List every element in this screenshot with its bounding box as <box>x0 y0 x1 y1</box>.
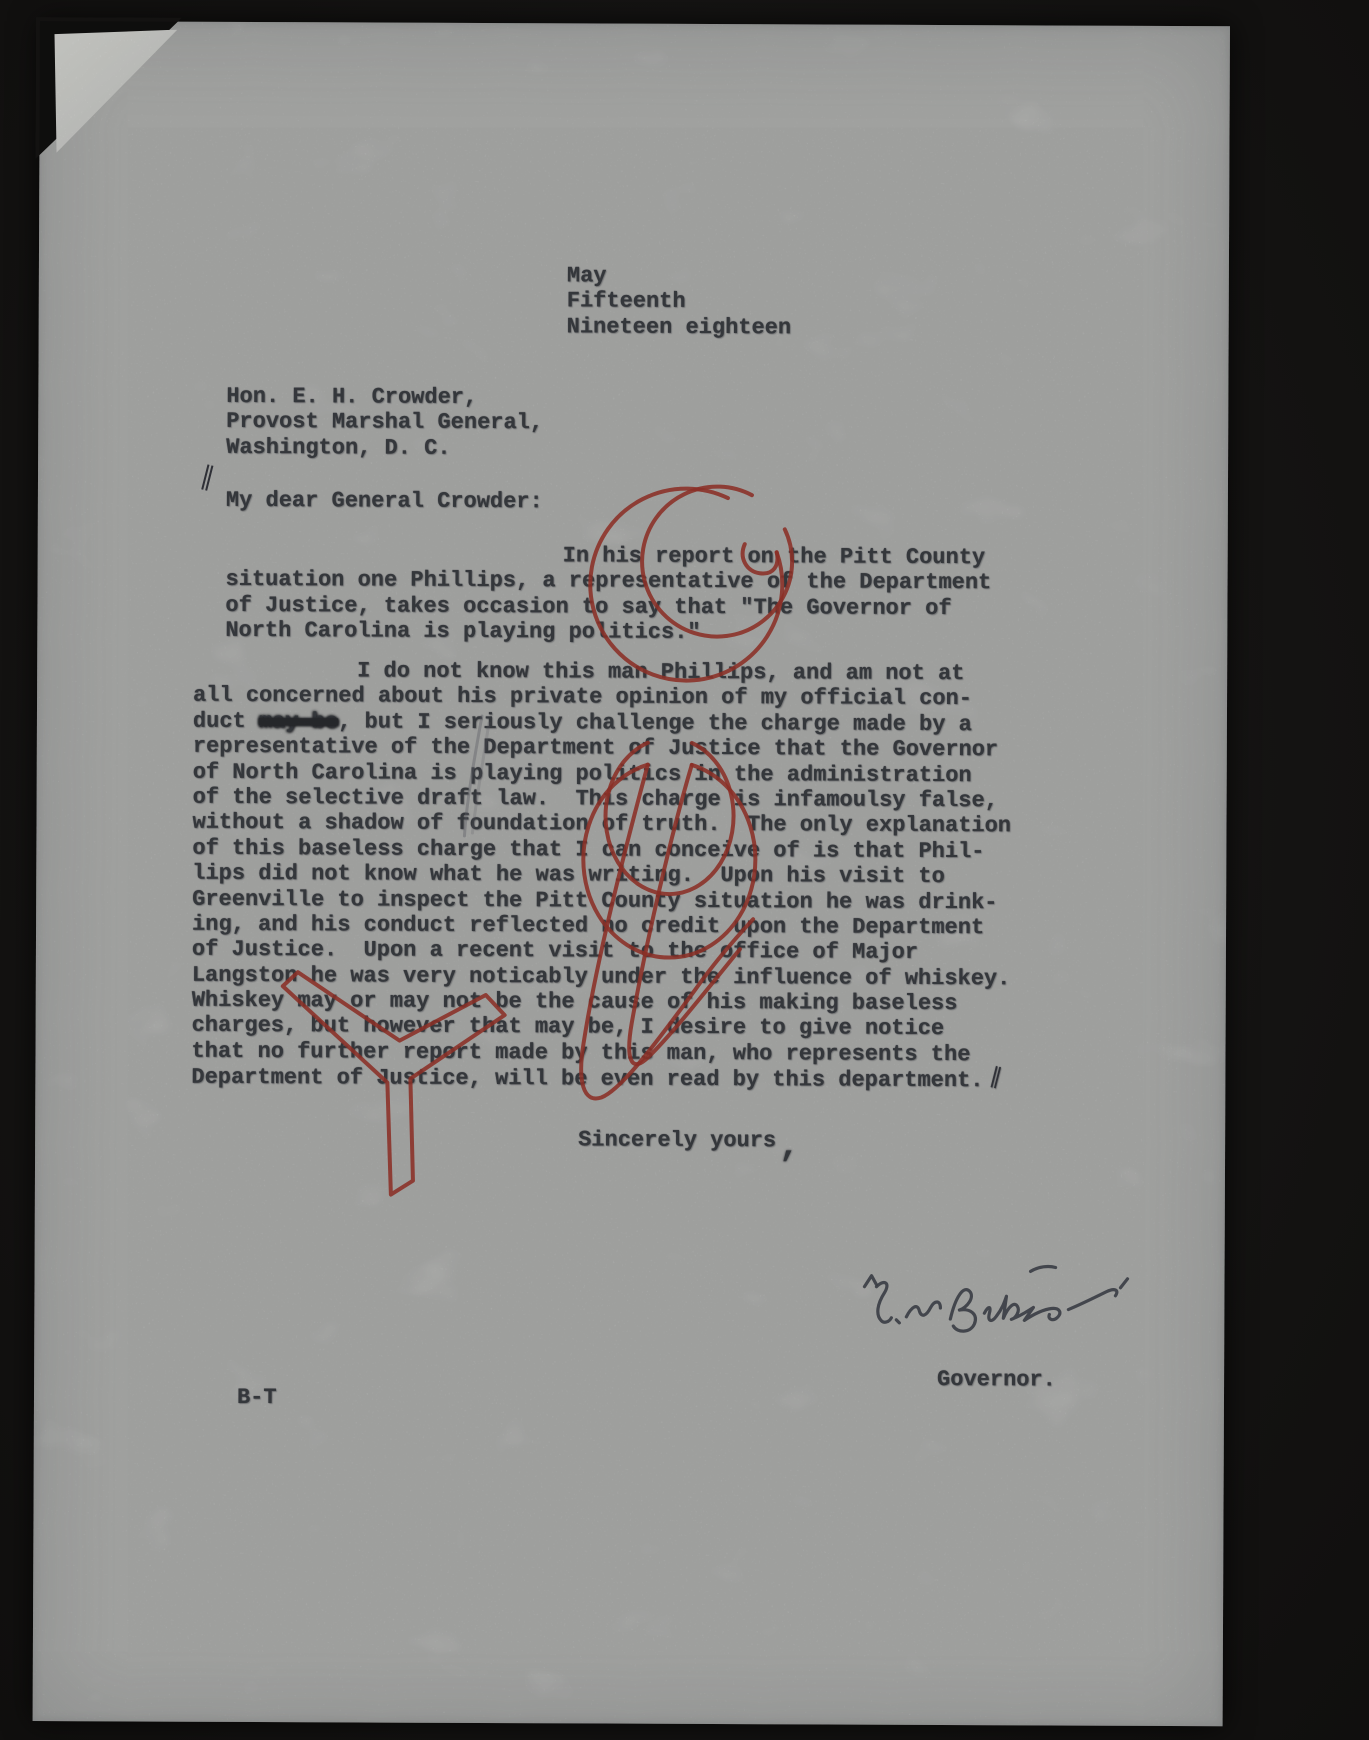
closing-line: Sincerely yours, <box>578 1125 797 1153</box>
closing-text: Sincerely yours <box>578 1127 776 1153</box>
typed-line: I do not know this man Phillips, and am … <box>193 658 1012 687</box>
typed-line: all concerned about his private opinion … <box>193 683 1012 712</box>
typed-line: Langston he was very noticably under the… <box>192 962 1011 991</box>
typed-line: representative of the Department of Just… <box>193 734 1012 763</box>
typed-line: Washington, D. C. <box>226 435 543 462</box>
typed-line: ing, and his conduct reflected no credit… <box>192 912 1011 941</box>
body-paragraph-2: I do not know this man Phillips, and am … <box>191 658 1011 1093</box>
typed-line: of the selective draft law. This charge … <box>193 785 1012 814</box>
typed-line: Greenville to inspect the Pitt County si… <box>192 886 1011 915</box>
typed-line: situation one Phillips, a representative… <box>226 567 992 596</box>
closing-comma: , <box>779 1135 800 1160</box>
last-body-line: Department of Justice, will be even read… <box>191 1064 1010 1093</box>
typed-line: of Justice, takes occasion to say that "… <box>225 593 991 622</box>
insertion-mark-open: ∥ <box>198 461 218 493</box>
typed-line: Hon. E. H. Crowder, <box>226 384 543 411</box>
typed-line: lips did not know what he was writing. U… <box>192 861 1011 890</box>
date-block: MayFifteenthNineteen eighteen <box>567 263 792 340</box>
strike-pre: duct <box>193 709 259 734</box>
typist-initials: B-T <box>237 1385 277 1411</box>
strike-post: , but I seriously challenge the charge m… <box>338 709 972 737</box>
typed-line: North Carolina is playing politics." <box>225 618 991 647</box>
strikeout-text: may be <box>259 709 338 734</box>
typed-line: of North Carolina is playing politics in… <box>193 759 1012 788</box>
typed-line: of this baseless charge that I can conce… <box>192 835 1011 864</box>
typed-line: Whiskey may or may not be the cause of h… <box>192 988 1011 1017</box>
typed-line: Provost Marshal General, <box>226 409 543 436</box>
letter-paper: MayFifteenthNineteen eighteen Hon. E. H.… <box>33 21 1230 1726</box>
typed-line: without a shadow of foundation of truth.… <box>192 810 1011 839</box>
typed-line: of Justice. Upon a recent visit to the o… <box>192 937 1011 966</box>
insertion-mark-close: ∥ <box>988 1064 1005 1091</box>
typed-line: that no further report made by this man,… <box>191 1039 1010 1068</box>
typed-line: In his report on the Pitt County <box>226 542 992 571</box>
typed-line: charges, but however that may be, I desi… <box>192 1013 1011 1042</box>
last-line-text: Department of Justice, will be even read… <box>191 1065 983 1093</box>
paragraph-2-start: I do not know this man Phillips, and am … <box>193 658 1012 712</box>
corner-fold <box>51 29 180 156</box>
recipient-block: Hon. E. H. Crowder,Provost Marshal Gener… <box>226 384 543 462</box>
strikeout-line: duct may be, but I seriously challenge t… <box>193 709 1012 738</box>
body-paragraph-1: In his report on the Pitt Countysituatio… <box>225 542 991 647</box>
typed-line: May <box>567 263 792 289</box>
paragraph-2-rest: representative of the Department of Just… <box>191 734 1011 1068</box>
typed-line: Fifteenth <box>567 289 792 315</box>
salutation: My dear General Crowder: <box>226 488 543 515</box>
signature <box>864 1266 1127 1332</box>
typed-line: Nineteen eighteen <box>567 314 792 340</box>
signature-title: Governor. <box>937 1367 1056 1393</box>
